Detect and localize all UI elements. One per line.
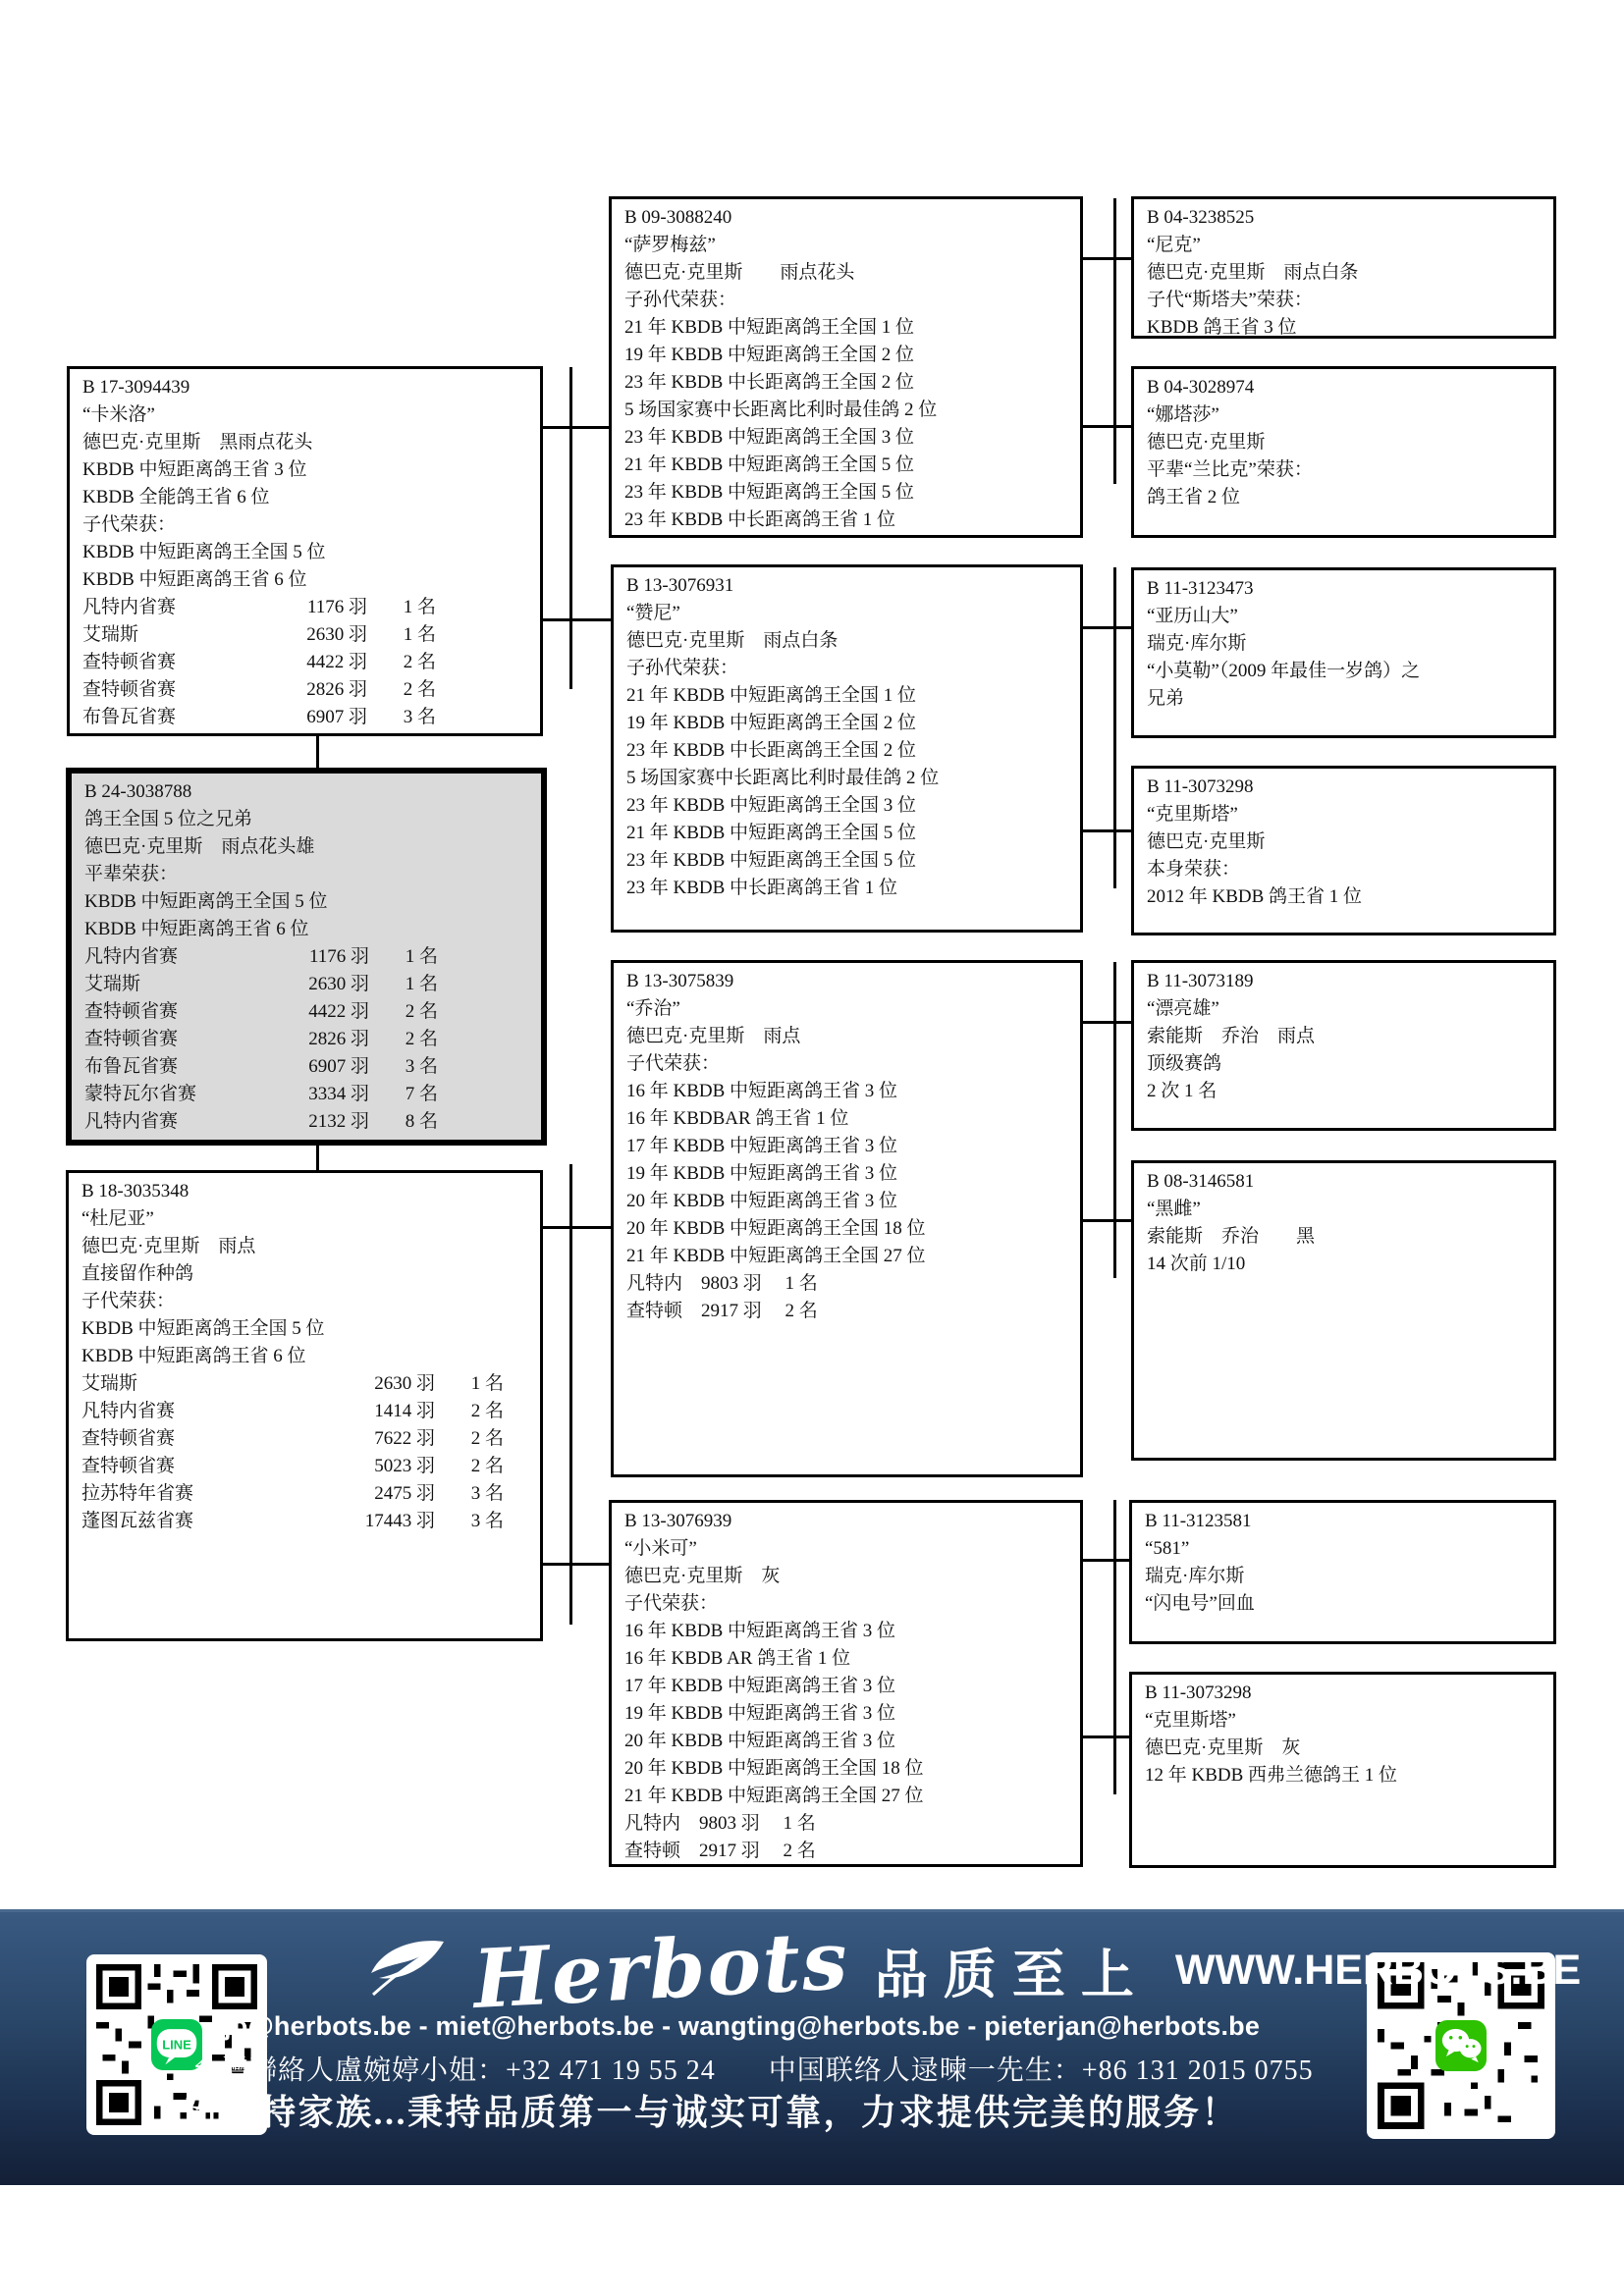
pedigree-text-line: B 11-3073189 [1147,968,1543,995]
pedigree-box-ggp-8: B 11-3073298“克里斯塔”德巴克·克里斯 灰12 年 KBDB 西弗兰… [1129,1672,1556,1868]
pedigree-box-maternal-granddam: B 13-3076939“小米可”德巴克·克里斯 灰子代荣获：16 年 KBDB… [609,1500,1083,1867]
pedigree-text-line: KBDB 中短距离鸽王省 6 位 [81,1343,530,1370]
pedigree-text-line: “卡米洛” [82,401,530,429]
race-result-row: 凡特内省赛1176 羽1 名 [82,594,530,621]
race-result-row: 凡特内省赛1414 羽2 名 [81,1398,530,1425]
race-result-row: 艾瑞斯2630 羽1 名 [84,971,531,998]
pedigree-text-line: 德巴克·克里斯 [1147,429,1543,456]
connector-line [543,1226,611,1229]
pedigree-text-line: 德巴克·克里斯 [1147,828,1543,856]
race-bird-count: 7622 羽 [309,1425,435,1453]
pedigree-text-line: 子孙代荣获： [626,655,1070,682]
pedigree-text-line: “闪电号”回血 [1145,1590,1543,1618]
pedigree-text-line: 子代“斯塔夫”荣获： [1147,287,1543,314]
race-rank: 2 名 [435,1398,504,1425]
pedigree-text-line: 14 次前 1/10 [1147,1251,1543,1278]
race-name: 查特顿省赛 [82,676,257,704]
feather-icon [365,1938,448,2003]
pedigree-text-line: “娜塔莎” [1147,401,1543,429]
connector-line [316,736,319,768]
race-rank: 2 名 [367,676,436,704]
pedigree-text-line: B 24-3038788 [84,778,531,806]
pedigree-text-line: 23 年 KBDB 中长距离鸽王省 1 位 [626,875,1070,902]
race-rank: 1 名 [369,971,438,998]
pedigree-text-line: 查特顿 2917 羽 2 名 [624,1838,1070,1865]
pedigree-text-line: 凡特内 9803 羽 1 名 [624,1810,1070,1838]
race-rank: 8 名 [369,1108,438,1136]
pedigree-text-line: 德巴克·克里斯 灰 [1145,1735,1543,1762]
race-name: 凡特内省赛 [84,1108,259,1136]
race-bird-count: 2630 羽 [259,971,369,998]
pedigree-box-ggp-5: B 11-3073189“漂亮雄”索能斯 乔治 雨点顶级赛鸽2 次 1 名 [1131,960,1556,1131]
pedigree-text-line: 23 年 KBDB 中短距离鸽王全国 3 位 [624,424,1070,452]
pedigree-text-line: 23 年 KBDB 中长距离鸽王省 1 位 [624,507,1070,534]
pedigree-text-line: 2012 年 KBDB 鸽王省 1 位 [1147,883,1543,911]
pedigree-box-mother: B 18-3035348“杜尼亚”德巴克·克里斯 雨点直接留作种鸽子代荣获：KB… [66,1170,543,1641]
pedigree-text-line: B 13-3076939 [624,1508,1070,1535]
race-bird-count: 4422 羽 [259,998,369,1026]
pedigree-text-line: 顶级赛鸽 [1147,1050,1543,1078]
pedigree-text-line: 23 年 KBDB 中短距离鸽王全国 3 位 [626,792,1070,820]
brand-logo-text: Herbots [471,1913,851,2027]
pedigree-text-line: 平辈荣获： [84,861,531,888]
pedigree-box-main-bird: B 24-3038788鸽王全国 5 位之兄弟德巴克·克里斯 雨点花头雄平辈荣获… [66,768,547,1146]
pedigree-text-line: 21 年 KBDB 中短距离鸽王全国 1 位 [626,682,1070,710]
race-name: 查特顿省赛 [81,1453,309,1480]
race-name: 艾瑞斯 [82,621,257,649]
race-rank: 3 名 [367,704,436,731]
pedigree-text-line: 瑞克·库尔斯 [1145,1563,1543,1590]
pedigree-text-line: 21 年 KBDB 中短距离鸽王全国 5 位 [624,452,1070,479]
pedigree-text-line: B 04-3238525 [1147,204,1543,232]
pedigree-text-line: KBDB 全能鸽王省 6 位 [82,484,530,511]
pedigree-text-line: KBDB 中短距离鸽王全国 5 位 [82,539,530,566]
connector-line [543,426,609,429]
pedigree-box-ggp-2: B 04-3028974“娜塔莎”德巴克·克里斯平辈“兰比克”荣获：鸽王省 2 … [1131,366,1556,538]
connector-line [569,1164,572,1625]
race-result-row: 蓬图瓦兹省赛17443 羽3 名 [81,1508,530,1535]
pedigree-text-line: 2 次 1 名 [1147,1078,1543,1105]
pedigree-text-line: B 09-3088240 [624,204,1070,232]
pedigree-text-line: 16 年 KBDB 中短距离鸽王省 3 位 [626,1078,1070,1105]
pedigree-text-line: “乔治” [626,995,1070,1023]
pedigree-text-line: 直接留作种鸽 [81,1260,530,1288]
pedigree-text-line: 17 年 KBDB 中短距离鸽王省 3 位 [624,1673,1070,1700]
race-bird-count: 1176 羽 [259,943,369,971]
pedigree-text-line: 查特顿 2917 羽 2 名 [626,1298,1070,1325]
pedigree-text-line: 子代荣获： [626,1050,1070,1078]
pedigree-box-ggp-4: B 11-3073298“克里斯塔”德巴克·克里斯本身荣获：2012 年 KBD… [1131,766,1556,935]
pedigree-box-ggp-7: B 11-3123581“581”瑞克·库尔斯“闪电号”回血 [1129,1500,1556,1644]
race-result-row: 拉苏特年省赛2475 羽3 名 [81,1480,530,1508]
pedigree-text-line: 德巴克·克里斯 雨点 [81,1233,530,1260]
pedigree-text-line: 19 年 KBDB 中短距离鸽王全国 2 位 [626,710,1070,737]
pedigree-box-ggp-6: B 08-3146581“黑雌”索能斯 乔治 黑14 次前 1/10 [1131,1160,1556,1461]
race-bird-count: 2826 羽 [257,676,367,704]
race-result-row: 蒙特瓦尔省赛3334 羽7 名 [84,1081,531,1108]
pedigree-text-line: 德巴克·克里斯 黑雨点花头 [82,429,530,456]
race-result-row: 艾瑞斯2630 羽1 名 [82,621,530,649]
pedigree-text-line: “尼克” [1147,232,1543,259]
race-result-row: 布鲁瓦省赛6907 羽3 名 [84,1053,531,1081]
pedigree-text-line: 子代荣获： [81,1288,530,1315]
connector-line [569,367,572,689]
race-result-row: 查特顿省赛5023 羽2 名 [81,1453,530,1480]
connector-line [1113,962,1116,1278]
pedigree-text-line: 12 年 KBDB 西弗兰德鸽王 1 位 [1145,1762,1543,1789]
race-bird-count: 4422 羽 [257,649,367,676]
connector-line [543,1563,609,1566]
pedigree-text-line: 16 年 KBDB 中短距离鸽王省 3 位 [624,1618,1070,1645]
race-name: 布鲁瓦省赛 [82,704,257,731]
pedigree-text-line: 5 场国家赛中长距离比利时最佳鸽 2 位 [624,397,1070,424]
race-name: 蒙特瓦尔省赛 [84,1081,259,1108]
connector-line [1083,1735,1129,1738]
race-result-row: 查特顿省赛2826 羽2 名 [84,1026,531,1053]
race-name: 查特顿省赛 [84,998,259,1026]
pedigree-text-line: 平辈“兰比克”荣获： [1147,456,1543,484]
pedigree-text-line: “亚历山大” [1147,603,1543,630]
race-result-row: 查特顿省赛7622 羽2 名 [81,1425,530,1453]
pedigree-box-father: B 17-3094439“卡米洛”德巴克·克里斯 黑雨点花头KBDB 中短距离鸽… [67,366,543,736]
race-bird-count: 2132 羽 [259,1108,369,1136]
connector-line [1113,1500,1116,1794]
contact-phones: 台灣聯絡人盧婉婷小姐：+32 471 19 55 24中国联络人逯暕一先生：+8… [192,2049,1367,2088]
pedigree-text-line: B 11-3123473 [1147,575,1543,603]
race-bird-count: 1176 羽 [257,594,367,621]
race-result-row: 查特顿省赛2826 羽2 名 [82,676,530,704]
connector-line [1083,1021,1131,1024]
pedigree-text-line: 19 年 KBDB 中短距离鸽王省 3 位 [624,1700,1070,1728]
pedigree-box-paternal-granddam: B 13-3076931“赞尼”德巴克·克里斯 雨点白条子孙代荣获：21 年 K… [611,564,1083,933]
pedigree-box-maternal-grandsire: B 13-3075839“乔治”德巴克·克里斯 雨点子代荣获：16 年 KBDB… [611,960,1083,1477]
wechat-icon [1435,2020,1487,2071]
pedigree-text-line: “克里斯塔” [1147,801,1543,828]
pedigree-text-line: 16 年 KBDB AR 鸽王省 1 位 [624,1645,1070,1673]
connector-line [1083,257,1131,260]
pedigree-text-line: KBDB 中短距离鸽王省 6 位 [82,566,530,594]
footer-banner: LINE Herbots [0,1909,1624,2185]
pedigree-text-line: 索能斯 乔治 黑 [1147,1223,1543,1251]
pedigree-text-line: 德巴克·克里斯 灰 [624,1563,1070,1590]
race-name: 凡特内省赛 [84,943,259,971]
pedigree-text-line: 兄弟 [1147,685,1543,713]
footer-slogan: 贺伯特家族...秉持品质第一与诚实可靠，力求提供完美的服务！ [185,2085,1239,2135]
pedigree-text-line: 德巴克·克里斯 雨点花头雄 [84,833,531,861]
website-url: WWW.HERBOTS.BE [1175,1947,1581,1995]
svg-text:LINE: LINE [162,2037,191,2052]
race-rank: 2 名 [369,1026,438,1053]
pedigree-text-line: 鸽王省 2 位 [1147,484,1543,511]
pedigree-text-line: B 13-3075839 [626,968,1070,995]
pedigree-text-line: 20 年 KBDB 中短距离鸽王全国 18 位 [624,1755,1070,1783]
pedigree-text-line: 索能斯 乔治 雨点 [1147,1023,1543,1050]
race-bird-count: 3334 羽 [259,1081,369,1108]
pedigree-text-line: “581” [1145,1535,1543,1563]
pedigree-text-line: 19 年 KBDB 中短距离鸽王全国 2 位 [624,342,1070,369]
race-rank: 2 名 [367,649,436,676]
pedigree-text-line: KBDB 中短距离鸽王全国 5 位 [84,888,531,916]
race-bird-count: 2826 羽 [259,1026,369,1053]
pedigree-text-line: 凡特内 9803 羽 1 名 [626,1270,1070,1298]
connector-line [1083,626,1131,629]
pedigree-text-line: 21 年 KBDB 中短距离鸽王全国 27 位 [624,1783,1070,1810]
pedigree-text-line: “小米可” [624,1535,1070,1563]
race-result-row: 查特顿省赛4422 羽2 名 [84,998,531,1026]
pedigree-text-line: 20 年 KBDB 中短距离鸽王全国 18 位 [626,1215,1070,1243]
contact-taiwan: 台灣聯絡人盧婉婷小姐：+32 471 19 55 24 [192,2056,716,2086]
race-bird-count: 2630 羽 [309,1370,435,1398]
pedigree-text-line: 德巴克·克里斯 雨点 [626,1023,1070,1050]
race-rank: 1 名 [435,1370,504,1398]
race-name: 布鲁瓦省赛 [84,1053,259,1081]
pedigree-text-line: 子代荣获： [82,511,530,539]
pedigree-text-line: 21 年 KBDB 中短距离鸽王全国 27 位 [626,1243,1070,1270]
race-result-row: 布鲁瓦省赛6907 羽3 名 [82,704,530,731]
race-name: 查特顿省赛 [82,649,257,676]
race-bird-count: 17443 羽 [309,1508,435,1535]
pedigree-text-line: 23 年 KBDB 中长距离鸽王全国 2 位 [624,369,1070,397]
pedigree-text-line: B 13-3076931 [626,572,1070,600]
race-bird-count: 1414 羽 [309,1398,435,1425]
race-rank: 2 名 [435,1425,504,1453]
connector-line [1083,1559,1129,1562]
pedigree-text-line: “黑雌” [1147,1196,1543,1223]
pedigree-text-line: KBDB 中短距离鸽王省 3 位 [82,456,530,484]
pedigree-text-line: 德巴克·克里斯 雨点白条 [1147,259,1543,287]
pedigree-text-line: 本身荣获： [1147,856,1543,883]
pedigree-text-line: 20 年 KBDB 中短距离鸽王省 3 位 [624,1728,1070,1755]
pedigree-text-line: 16 年 KBDBAR 鸽王省 1 位 [626,1105,1070,1133]
pedigree-text-line: 子代荣获： [624,1590,1070,1618]
pedigree-text-line: B 08-3146581 [1147,1168,1543,1196]
pedigree-text-line: 17 年 KBDB 中短距离鸽王省 3 位 [626,1133,1070,1160]
connector-line [316,1146,319,1170]
connector-line [1113,567,1116,888]
pedigree-text-line: KBDB 鸽王省 3 位 [1147,314,1543,342]
pedigree-text-line: 23 年 KBDB 中短距离鸽王全国 5 位 [626,847,1070,875]
pedigree-text-line: B 04-3028974 [1147,374,1543,401]
pedigree-text-line: 德巴克·克里斯 雨点花头 [624,259,1070,287]
pedigree-text-line: 23 年 KBDB 中短距离鸽王全国 5 位 [624,479,1070,507]
pedigree-box-ggp-3: B 11-3123473“亚历山大”瑞克·库尔斯“小莫勒”（2009 年最佳一岁… [1131,567,1556,738]
pedigree-text-line: B 11-3123581 [1145,1508,1543,1535]
pedigree-text-line: 子孙代荣获： [624,287,1070,314]
race-name: 艾瑞斯 [81,1370,309,1398]
pedigree-box-ggp-1: B 04-3238525“尼克”德巴克·克里斯 雨点白条子代“斯塔夫”荣获：KB… [1131,196,1556,339]
pedigree-text-line: B 11-3073298 [1147,774,1543,801]
pedigree-text-line: 21 年 KBDB 中短距离鸽王全国 5 位 [626,820,1070,847]
race-rank: 1 名 [369,943,438,971]
brand-tagline: 品质至上 [875,1933,1150,2008]
pedigree-text-line: 20 年 KBDB 中短距离鸽王省 3 位 [626,1188,1070,1215]
race-name: 蓬图瓦兹省赛 [81,1508,309,1535]
race-name: 凡特内省赛 [81,1398,309,1425]
pedigree-text-line: “克里斯塔” [1145,1707,1543,1735]
pedigree-box-paternal-grandsire: B 09-3088240“萨罗梅兹”德巴克·克里斯 雨点花头子孙代荣获：21 年… [609,196,1083,538]
pedigree-text-line: KBDB 中短距离鸽王全国 5 位 [81,1315,530,1343]
pedigree-text-line: B 17-3094439 [82,374,530,401]
contact-emails: jo@herbots.be - miet@herbots.be - wangti… [224,2011,1260,2042]
pedigree-text-line: B 11-3073298 [1145,1680,1543,1707]
pedigree-text-line: “漂亮雄” [1147,995,1543,1023]
pedigree-text-line: 23 年 KBDB 中长距离鸽王全国 2 位 [626,737,1070,765]
pedigree-text-line: KBDB 中短距离鸽王省 6 位 [84,916,531,943]
race-rank: 1 名 [367,594,436,621]
pedigree-text-line: 德巴克·克里斯 雨点白条 [626,627,1070,655]
race-rank: 2 名 [369,998,438,1026]
race-rank: 1 名 [367,621,436,649]
race-rank: 3 名 [435,1480,504,1508]
pedigree-text-line: “萨罗梅兹” [624,232,1070,259]
pedigree-text-line: 鸽王全国 5 位之兄弟 [84,806,531,833]
pedigree-text-line: 19 年 KBDB 中短距离鸽王省 3 位 [626,1160,1070,1188]
pedigree-text-line: “赞尼” [626,600,1070,627]
race-bird-count: 5023 羽 [309,1453,435,1480]
connector-line [543,618,611,621]
race-bird-count: 2475 羽 [309,1480,435,1508]
brand-row: Herbots 品质至上 WWW.HERBOTS.BE [365,1923,1581,2017]
connector-line [1113,198,1116,484]
race-result-row: 凡特内省赛2132 羽8 名 [84,1108,531,1136]
pedigree-text-line: “小莫勒”（2009 年最佳一岁鸽）之 [1147,658,1543,685]
pedigree-text-line: 21 年 KBDB 中短距离鸽王全国 1 位 [624,314,1070,342]
pedigree-text-line: 5 场国家赛中长距离比利时最佳鸽 2 位 [626,765,1070,792]
connector-line [1083,1219,1131,1222]
race-result-row: 艾瑞斯2630 羽1 名 [81,1370,530,1398]
connector-line [1083,425,1131,428]
contact-china: 中国联络人逯暕一先生：+86 131 2015 0755 [769,2056,1314,2086]
pedigree-text-line: 瑞克·库尔斯 [1147,630,1543,658]
pedigree-text-line: B 18-3035348 [81,1178,530,1205]
race-bird-count: 6907 羽 [257,704,367,731]
race-bird-count: 6907 羽 [259,1053,369,1081]
race-name: 凡特内省赛 [82,594,257,621]
race-rank: 2 名 [435,1453,504,1480]
race-result-row: 查特顿省赛4422 羽2 名 [82,649,530,676]
race-rank: 3 名 [435,1508,504,1535]
race-result-row: 凡特内省赛1176 羽1 名 [84,943,531,971]
race-rank: 7 名 [369,1081,438,1108]
race-bird-count: 2630 羽 [257,621,367,649]
race-name: 查特顿省赛 [84,1026,259,1053]
race-name: 艾瑞斯 [84,971,259,998]
connector-line [1083,829,1131,832]
race-name: 拉苏特年省赛 [81,1480,309,1508]
race-name: 查特顿省赛 [81,1425,309,1453]
pedigree-text-line: “杜尼亚” [81,1205,530,1233]
race-rank: 3 名 [369,1053,438,1081]
